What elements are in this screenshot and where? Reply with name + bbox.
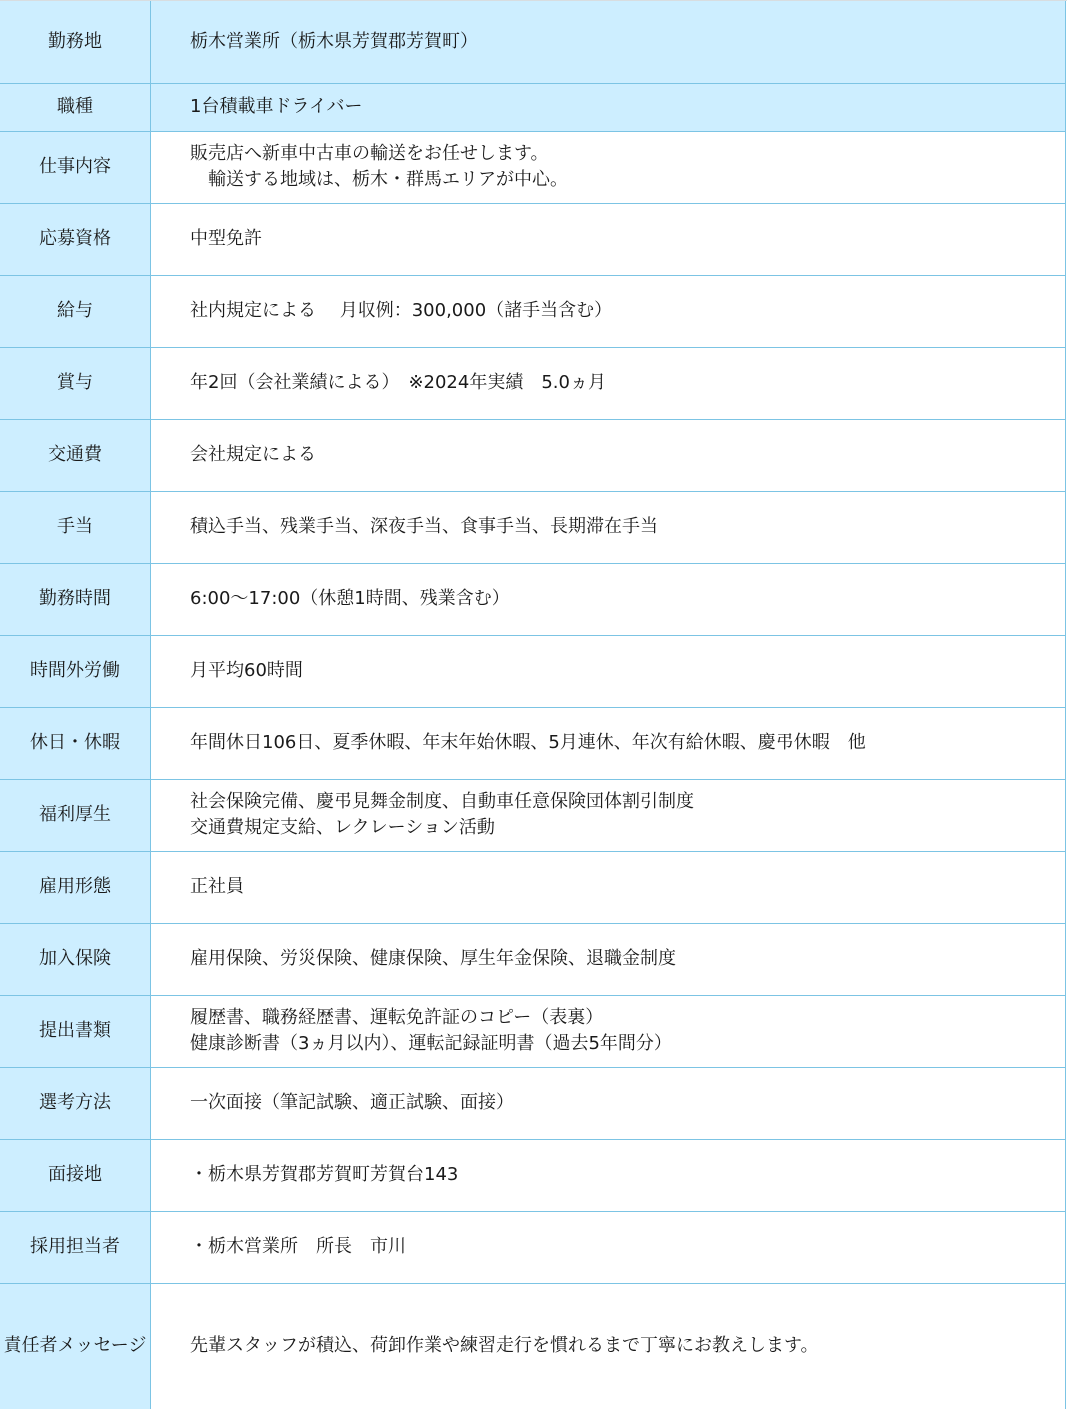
value-salary: 社内規定による 月収例：300,000（諸手当含む）	[151, 275, 1066, 347]
label-qualifications: 応募資格	[0, 203, 151, 275]
row-insurance: 加入保険 雇用保険、労災保険、健康保険、厚生年金保険、退職金制度	[0, 923, 1066, 995]
value-line: ・栃木県芳賀郡芳賀町芳賀台143	[190, 1162, 1065, 1188]
value-line: 輸送する地域は、栃木・群馬エリアが中心。	[190, 167, 1065, 193]
row-bonus: 賞与 年2回（会社業績による） ※2024年実績 5.0ヵ月	[0, 347, 1066, 419]
value-line: 会社規定による	[190, 442, 1065, 468]
value-holidays: 年間休日106日、夏季休暇、年末年始休暇、5月連休、年次有給休暇、慶弔休暇 他	[151, 707, 1066, 779]
row-manager-message: 責任者メッセージ 先輩スタッフが積込、荷卸作業や練習走行を慣れるまで丁寧にお教え…	[0, 1283, 1066, 1409]
row-qualifications: 応募資格 中型免許	[0, 203, 1066, 275]
row-allowances: 手当 積込手当、残業手当、深夜手当、食事手当、長期滞在手当	[0, 491, 1066, 563]
label-job-description: 仕事内容	[0, 131, 151, 203]
value-work-location: 栃木営業所（栃木県芳賀郡芳賀町）	[151, 1, 1066, 83]
row-benefits: 福利厚生 社会保険完備、慶弔見舞金制度、自動車任意保険団体割引制度交通費規定支給…	[0, 779, 1066, 851]
row-selection-method: 選考方法 一次面接（筆記試験、適正試験、面接）	[0, 1067, 1066, 1139]
row-holidays: 休日・休暇 年間休日106日、夏季休暇、年末年始休暇、5月連休、年次有給休暇、慶…	[0, 707, 1066, 779]
value-line: 月平均60時間	[190, 658, 1065, 684]
label-selection-method: 選考方法	[0, 1067, 151, 1139]
value-line: 6:00～17:00（休憩1時間、残業含む）	[190, 586, 1065, 612]
value-line: 積込手当、残業手当、深夜手当、食事手当、長期滞在手当	[190, 514, 1065, 540]
value-line: 正社員	[190, 874, 1065, 900]
label-holidays: 休日・休暇	[0, 707, 151, 779]
job-listing-frame: 勤務地 栃木営業所（栃木県芳賀郡芳賀町） 職種 1台積載車ドライバー 仕事内容 …	[0, 0, 1067, 1409]
label-bonus: 賞与	[0, 347, 151, 419]
value-line: 1台積載車ドライバー	[190, 94, 1065, 120]
label-allowances: 手当	[0, 491, 151, 563]
label-manager-message: 責任者メッセージ	[0, 1283, 151, 1409]
label-recruiter: 採用担当者	[0, 1211, 151, 1283]
value-selection-method: 一次面接（筆記試験、適正試験、面接）	[151, 1067, 1066, 1139]
value-line: 履歴書、職務経歴書、運転免許証のコピー（表裏）	[190, 1005, 1065, 1031]
value-line: 社会保険完備、慶弔見舞金制度、自動車任意保険団体割引制度	[190, 789, 1065, 815]
value-line: 栃木営業所（栃木県芳賀郡芳賀町）	[190, 29, 1065, 55]
value-line: 健康診断書（3ヵ月以内）、運転記録証明書（過去5年間分）	[190, 1031, 1065, 1057]
row-transport-expenses: 交通費 会社規定による	[0, 419, 1066, 491]
value-insurance: 雇用保険、労災保険、健康保険、厚生年金保険、退職金制度	[151, 923, 1066, 995]
value-employment-type: 正社員	[151, 851, 1066, 923]
value-job-description: 販売店へ新車中古車の輸送をお任せします。 輸送する地域は、栃木・群馬エリアが中心…	[151, 131, 1066, 203]
value-required-documents: 履歴書、職務経歴書、運転免許証のコピー（表裏）健康診断書（3ヵ月以内）、運転記録…	[151, 995, 1066, 1067]
label-transport-expenses: 交通費	[0, 419, 151, 491]
value-line: 年2回（会社業績による） ※2024年実績 5.0ヵ月	[190, 370, 1065, 396]
value-line: 先輩スタッフが積込、荷卸作業や練習走行を慣れるまで丁寧にお教えします。	[190, 1333, 1065, 1359]
row-work-location: 勤務地 栃木営業所（栃木県芳賀郡芳賀町）	[0, 1, 1066, 83]
label-required-documents: 提出書類	[0, 995, 151, 1067]
row-employment-type: 雇用形態 正社員	[0, 851, 1066, 923]
row-salary: 給与 社内規定による 月収例：300,000（諸手当含む）	[0, 275, 1066, 347]
row-overtime: 時間外労働 月平均60時間	[0, 635, 1066, 707]
label-job-type: 職種	[0, 83, 151, 131]
label-salary: 給与	[0, 275, 151, 347]
row-job-type: 職種 1台積載車ドライバー	[0, 83, 1066, 131]
value-line: 販売店へ新車中古車の輸送をお任せします。	[190, 141, 1065, 167]
row-interview-location: 面接地 ・栃木県芳賀郡芳賀町芳賀台143	[0, 1139, 1066, 1211]
row-required-documents: 提出書類 履歴書、職務経歴書、運転免許証のコピー（表裏）健康診断書（3ヵ月以内）…	[0, 995, 1066, 1067]
value-line: 交通費規定支給、レクレーション活動	[190, 815, 1065, 841]
label-overtime: 時間外労働	[0, 635, 151, 707]
label-interview-location: 面接地	[0, 1139, 151, 1211]
row-working-hours: 勤務時間 6:00～17:00（休憩1時間、残業含む）	[0, 563, 1066, 635]
value-line: 年間休日106日、夏季休暇、年末年始休暇、5月連休、年次有給休暇、慶弔休暇 他	[190, 730, 1065, 756]
value-line: 雇用保険、労災保険、健康保険、厚生年金保険、退職金制度	[190, 946, 1065, 972]
label-insurance: 加入保険	[0, 923, 151, 995]
label-benefits: 福利厚生	[0, 779, 151, 851]
value-overtime: 月平均60時間	[151, 635, 1066, 707]
value-line: 一次面接（筆記試験、適正試験、面接）	[190, 1090, 1065, 1116]
value-line: ・栃木営業所 所長 市川	[190, 1234, 1065, 1260]
value-transport-expenses: 会社規定による	[151, 419, 1066, 491]
value-line: 社内規定による 月収例：300,000（諸手当含む）	[190, 298, 1065, 324]
value-benefits: 社会保険完備、慶弔見舞金制度、自動車任意保険団体割引制度交通費規定支給、レクレー…	[151, 779, 1066, 851]
label-work-location: 勤務地	[0, 1, 151, 83]
value-manager-message: 先輩スタッフが積込、荷卸作業や練習走行を慣れるまで丁寧にお教えします。	[151, 1283, 1066, 1409]
value-interview-location: ・栃木県芳賀郡芳賀町芳賀台143	[151, 1139, 1066, 1211]
value-qualifications: 中型免許	[151, 203, 1066, 275]
value-bonus: 年2回（会社業績による） ※2024年実績 5.0ヵ月	[151, 347, 1066, 419]
label-employment-type: 雇用形態	[0, 851, 151, 923]
row-job-description: 仕事内容 販売店へ新車中古車の輸送をお任せします。 輸送する地域は、栃木・群馬エ…	[0, 131, 1066, 203]
value-allowances: 積込手当、残業手当、深夜手当、食事手当、長期滞在手当	[151, 491, 1066, 563]
value-line: 中型免許	[190, 226, 1065, 252]
value-job-type: 1台積載車ドライバー	[151, 83, 1066, 131]
label-working-hours: 勤務時間	[0, 563, 151, 635]
value-recruiter: ・栃木営業所 所長 市川	[151, 1211, 1066, 1283]
value-working-hours: 6:00～17:00（休憩1時間、残業含む）	[151, 563, 1066, 635]
job-details-table: 勤務地 栃木営業所（栃木県芳賀郡芳賀町） 職種 1台積載車ドライバー 仕事内容 …	[0, 1, 1066, 1409]
row-recruiter: 採用担当者 ・栃木営業所 所長 市川	[0, 1211, 1066, 1283]
